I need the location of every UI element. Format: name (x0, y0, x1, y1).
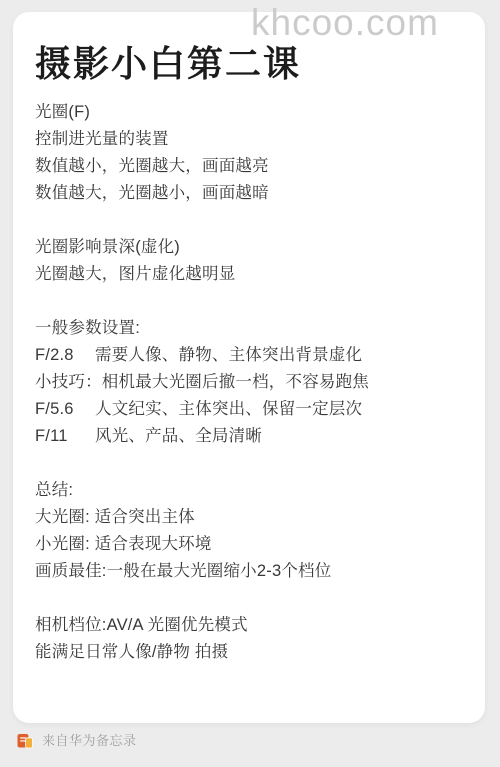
note-line: 大光圈: 适合突出主体 (35, 504, 465, 531)
note-line: 小光圈: 适合表现大环境 (35, 531, 465, 558)
aperture-value-description: 需要人像、静物、主体突出背景虚化 (95, 346, 362, 364)
aperture-value-label: F/2.8 (35, 342, 95, 369)
note-line: 相机档位:AV/A 光圈优先模式 (35, 612, 465, 639)
aperture-value-label: F/11 (35, 423, 95, 450)
note-line: 光圈(F) (35, 99, 465, 126)
memo-icon (17, 733, 33, 749)
note-title: 摄影小白第二课 (35, 46, 465, 82)
note-line: F/5.6人文纪实、主体突出、保留一定层次 (35, 396, 465, 423)
share-note-page: 摄影小白第二课 光圈(F)控制进光量的装置数值越小，光圈越大，画面越亮数值越大，… (0, 0, 500, 767)
note-line: F/11风光、产品、全局清晰 (35, 423, 465, 450)
note-paragraph: 光圈影响景深(虚化)光圈越大，图片虚化越明显 (35, 234, 465, 288)
note-paragraph: 光圈(F)控制进光量的装置数值越小，光圈越大，画面越亮数值越大，光圈越小，画面越… (35, 99, 465, 207)
aperture-value-label: F/5.6 (35, 396, 95, 423)
note-line: 数值越大，光圈越小，画面越暗 (35, 180, 465, 207)
note-paragraph: 一般参数设置:F/2.8需要人像、静物、主体突出背景虚化小技巧：相机最大光圈后撤… (35, 315, 465, 450)
note-line: 控制进光量的装置 (35, 126, 465, 153)
note-line: 一般参数设置: (35, 315, 465, 342)
note-body: 光圈(F)控制进光量的装置数值越小，光圈越大，画面越亮数值越大，光圈越小，画面越… (35, 99, 465, 666)
note-line: 数值越小，光圈越大，画面越亮 (35, 153, 465, 180)
note-line: 画质最佳:一般在最大光圈缩小2-3个档位 (35, 558, 465, 585)
note-line: 能满足日常人像/静物 拍摄 (35, 639, 465, 666)
aperture-value-description: 风光、产品、全局清晰 (95, 427, 262, 445)
note-paragraph: 总结:大光圈: 适合突出主体小光圈: 适合表现大环境画质最佳:一般在最大光圈缩小… (35, 477, 465, 585)
note-line: 总结: (35, 477, 465, 504)
note-line: F/2.8需要人像、静物、主体突出背景虚化 (35, 342, 465, 369)
note-line: 光圈越大，图片虚化越明显 (35, 261, 465, 288)
watermark: khcoo.com (251, 4, 439, 41)
note-line: 小技巧：相机最大光圈后撤一档，不容易跑焦 (35, 369, 465, 396)
aperture-value-description: 人文纪实、主体突出、保留一定层次 (95, 400, 362, 418)
note-paragraph: 相机档位:AV/A 光圈优先模式能满足日常人像/静物 拍摄 (35, 612, 465, 666)
note-card: 摄影小白第二课 光圈(F)控制进光量的装置数值越小，光圈越大，画面越亮数值越大，… (13, 12, 485, 723)
note-line: 光圈影响景深(虚化) (35, 234, 465, 261)
source-label: 来自华为备忘录 (42, 733, 137, 749)
source-attribution: 来自华为备忘录 (17, 732, 137, 750)
